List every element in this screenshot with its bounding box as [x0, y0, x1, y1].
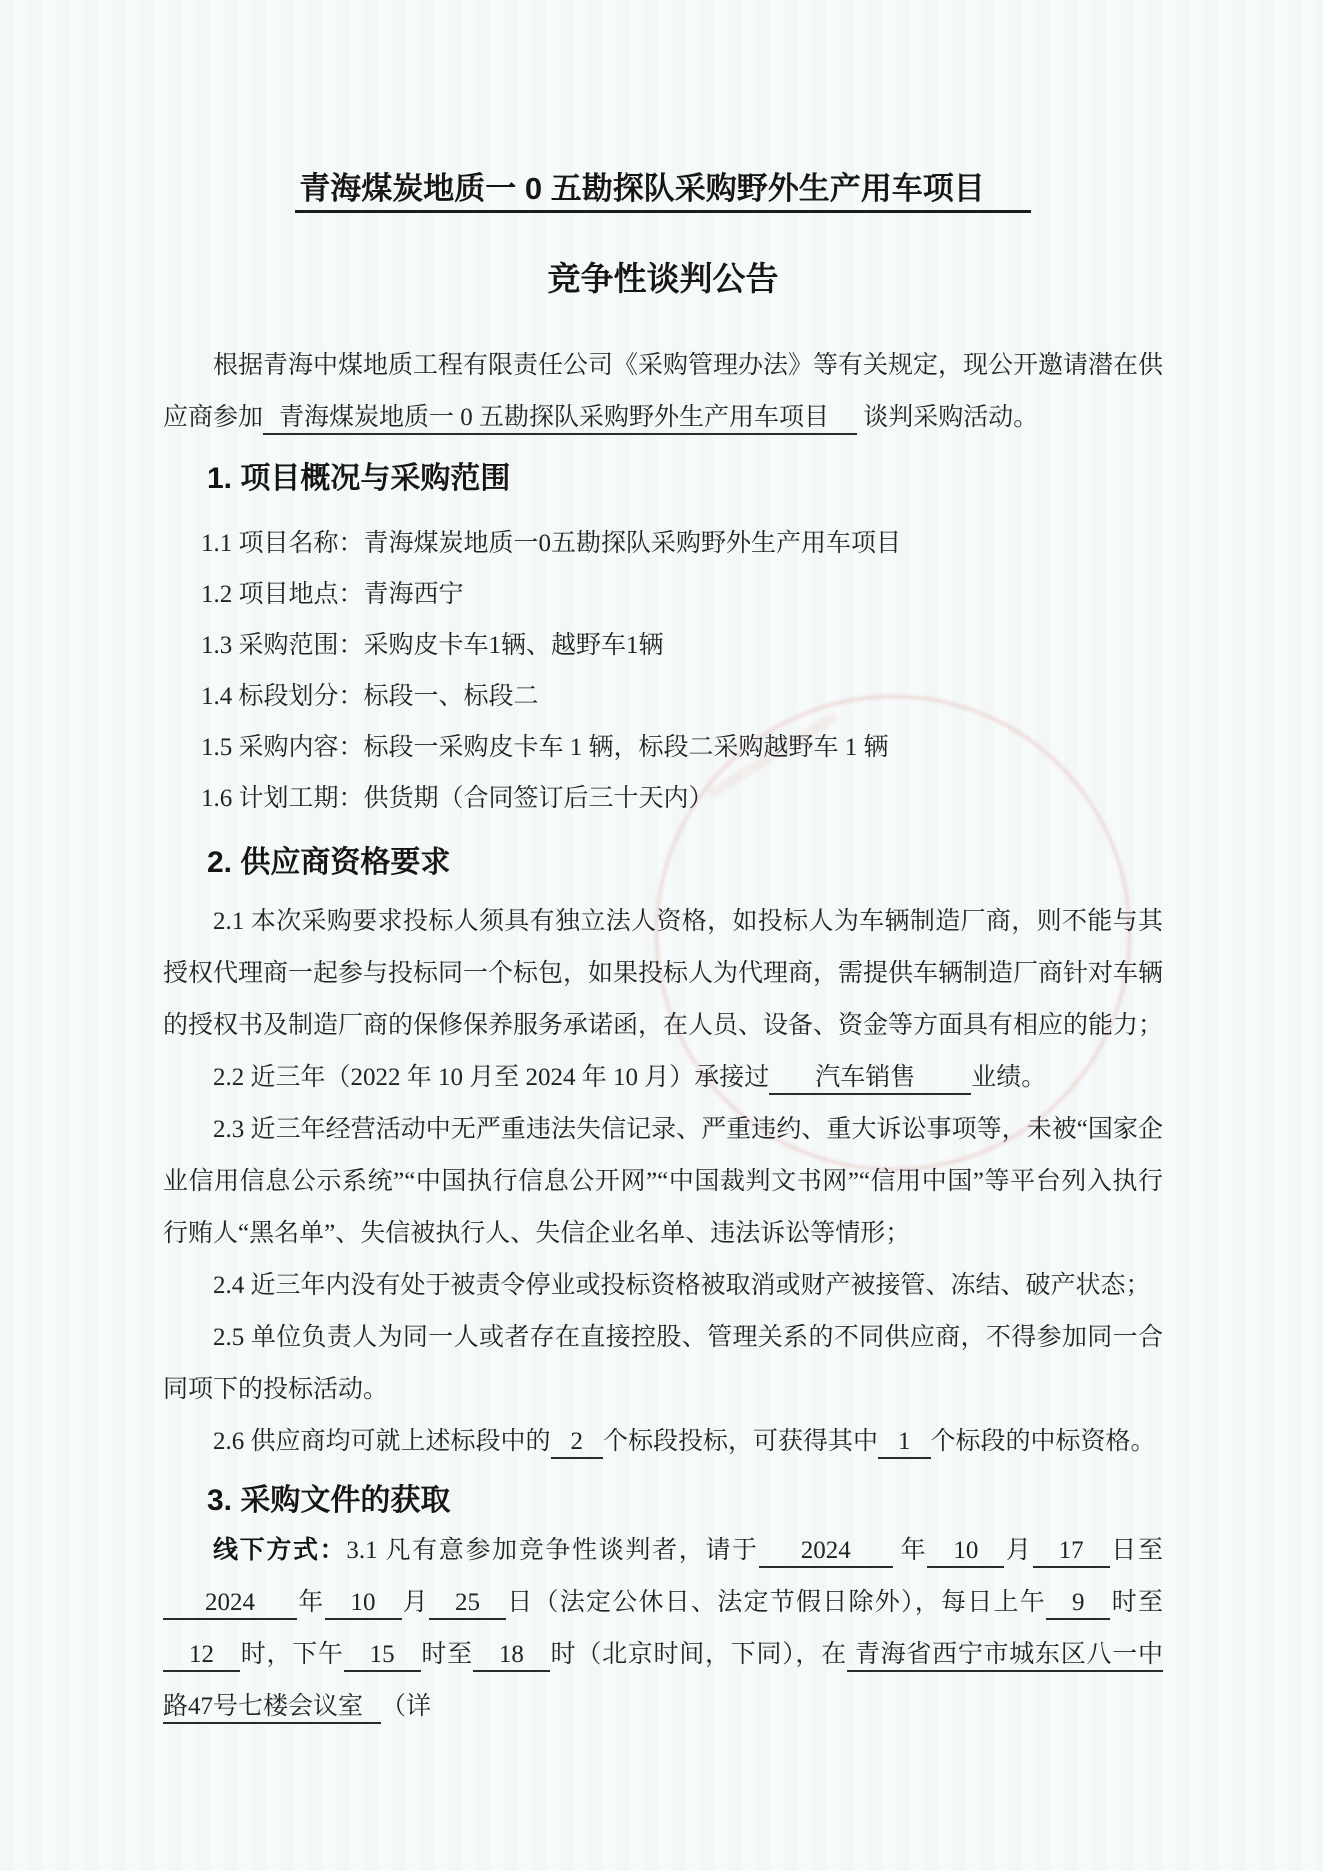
document-title-text: 青海煤炭地质一 0 五勘探队采购野外生产用车项目 — [295, 171, 1030, 213]
clause-2-6-blank-awards: 1 — [878, 1428, 931, 1459]
list-item-1-6: 1.6 计划工期：供货期（合同签订后三十天内） — [163, 773, 1163, 824]
clause-2-4: 2.4 近三年内没有处于被责令停业或投标资格被取消或财产被接管、冻结、破产状态； — [163, 1260, 1163, 1312]
list-item-1-2: 1.2 项目地点：青海西宁 — [163, 569, 1163, 620]
clause-2-5: 2.5 单位负责人为同一人或者存在直接控股、管理关系的不同供应商，不得参加同一合… — [163, 1312, 1163, 1416]
blank-afternoon-start-hour: 15 — [344, 1641, 421, 1672]
clause-3-1-t6: 月 — [402, 1589, 430, 1616]
blank-end-year: 2024 — [163, 1589, 297, 1620]
clause-2-2: 2.2 近三年（2022 年 10 月至 2024 年 10 月）承接过汽车销售… — [163, 1052, 1163, 1104]
clause-2-1: 2.1 本次采购要求投标人须具有独立法人资格，如投标人为车辆制造厂商，则不能与其… — [163, 896, 1163, 1052]
document-content: 青海煤炭地质一 0 五勘探队采购野外生产用车项目 竞争性谈判公告 根据青海中煤地… — [0, 166, 1323, 1733]
blank-start-day: 17 — [1033, 1537, 1110, 1568]
clause-3-1-t11: 时（北京时间，下同），在 — [550, 1641, 847, 1668]
clause-3-1-offline-label: 线下方式： — [213, 1536, 346, 1564]
clause-3-1-t5: 年 — [297, 1589, 325, 1616]
list-item-1-3: 1.3 采购范围：采购皮卡车1辆、越野车1辆 — [163, 620, 1163, 671]
clause-2-6-lead: 2.6 供应商均可就上述标段中的 — [213, 1428, 551, 1455]
document-title: 青海煤炭地质一 0 五勘探队采购野外生产用车项目 — [163, 166, 1163, 212]
clause-3-1-tail: （详 — [381, 1693, 431, 1720]
blank-start-month: 10 — [927, 1537, 1004, 1568]
clause-2-6: 2.6 供应商均可就上述标段中的2个标段投标，可获得其中1个标段的中标资格。 — [163, 1416, 1163, 1468]
clause-3-1-t4: 日至 — [1110, 1537, 1163, 1564]
blank-morning-start-hour: 9 — [1046, 1589, 1111, 1620]
clause-3-1-t2: 年 — [893, 1537, 928, 1564]
clause-2-6-blank-sections: 2 — [551, 1428, 604, 1459]
clause-3-1-t9: 时，下午 — [240, 1641, 344, 1668]
list-item-1-5: 1.5 采购内容：标段一采购皮卡车 1 辆，标段二采购越野车 1 辆 — [163, 722, 1163, 773]
blank-afternoon-end-hour: 18 — [473, 1641, 550, 1672]
section1-items: 1.1 项目名称：青海煤炭地质一0五勘探队采购野外生产用车项目 1.2 项目地点… — [163, 518, 1163, 824]
section3-heading: 3. 采购文件的获取 — [207, 1480, 1163, 1522]
clause-3-1-lead: 3.1 凡有意参加竞争性谈判者，请于 — [346, 1537, 758, 1564]
section2-clauses: 2.1 本次采购要求投标人须具有独立法人资格，如投标人为车辆制造厂商，则不能与其… — [163, 896, 1163, 1468]
clause-3-1-t3: 月 — [1004, 1537, 1032, 1564]
blank-end-day: 25 — [429, 1589, 506, 1620]
section1-heading: 1. 项目概况与采购范围 — [207, 458, 1163, 500]
clause-2-6-tail: 个标段的中标资格。 — [931, 1428, 1156, 1455]
clause-2-2-lead: 2.2 近三年（2022 年 10 月至 2024 年 10 月）承接过 — [213, 1064, 769, 1091]
section2-heading: 2. 供应商资格要求 — [207, 842, 1163, 884]
intro-text-tail: 谈判采购活动。 — [857, 404, 1038, 431]
blank-end-month: 10 — [325, 1589, 402, 1620]
clause-2-3: 2.3 近三年经营活动中无严重违法失信记录、严重违约、重大诉讼事项等，未被“国家… — [163, 1104, 1163, 1260]
clause-3-1: 线下方式：3.1 凡有意参加竞争性谈判者，请于2024 年10月17日至2024… — [163, 1524, 1163, 1733]
document-subtitle: 竞争性谈判公告 — [163, 256, 1163, 302]
blank-morning-end-hour: 12 — [163, 1641, 240, 1672]
clause-3-1-t8: 时至 — [1110, 1589, 1163, 1616]
intro-paragraph: 根据青海中煤地质工程有限责任公司《采购管理办法》等有关规定，现公开邀请潜在供应商… — [163, 340, 1163, 444]
clause-3-1-t10: 时至 — [421, 1641, 473, 1668]
list-item-1-4: 1.4 标段划分：标段一、标段二 — [163, 671, 1163, 722]
intro-project-name-blank: 青海煤炭地质一 0 五勘探队采购野外生产用车项目 — [263, 404, 857, 435]
document-page: 青海煤炭地质一 0 五勘探队采购野外生产用车项目 竞争性谈判公告 根据青海中煤地… — [0, 0, 1323, 1871]
clause-2-2-tail: 业绩。 — [971, 1064, 1046, 1091]
clause-3-1-t7: 日（法定公休日、法定节假日除外），每日上午 — [506, 1589, 1046, 1616]
clause-2-6-mid: 个标段投标，可获得其中 — [603, 1428, 878, 1455]
blank-start-year: 2024 — [759, 1537, 893, 1568]
clause-2-2-blank: 汽车销售 — [769, 1064, 971, 1095]
list-item-1-1: 1.1 项目名称：青海煤炭地质一0五勘探队采购野外生产用车项目 — [163, 518, 1163, 569]
